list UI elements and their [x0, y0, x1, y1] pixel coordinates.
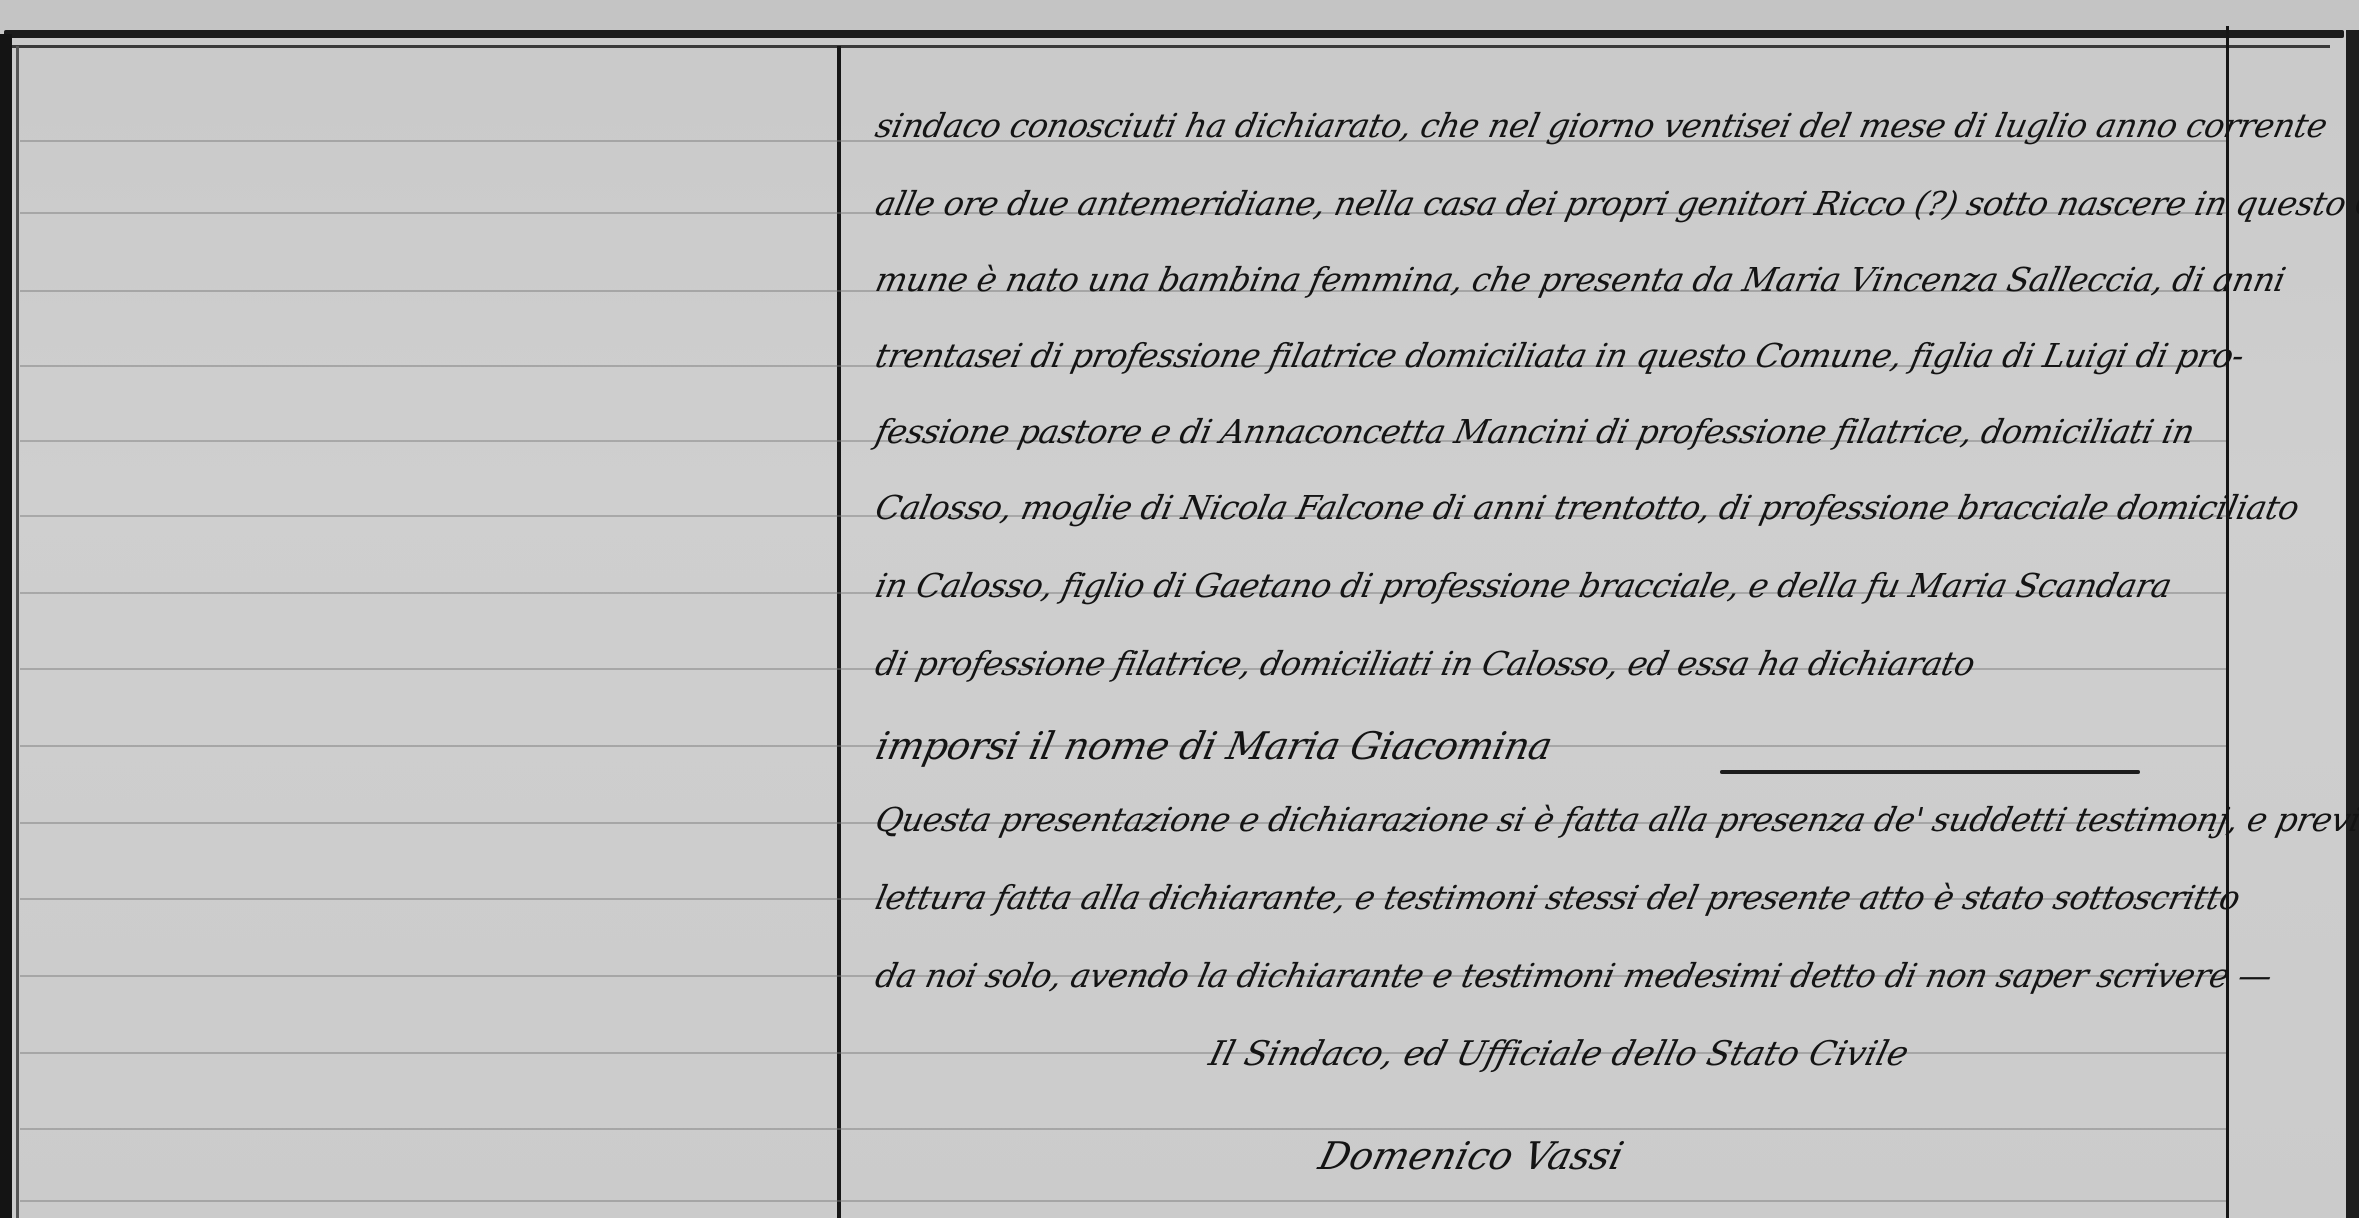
- scan-top-margin: [0, 0, 2359, 30]
- top-border-rule: [4, 30, 2344, 38]
- left-binding-edge: [0, 34, 12, 1218]
- column-divider: [837, 46, 841, 1218]
- entry-line: mune è nato una bambina femmina, che pre…: [872, 260, 2289, 299]
- name-underline: [1720, 770, 2140, 774]
- entry-line: lettura fatta alla dichiarante, e testim…: [872, 878, 2243, 917]
- entry-line: sindaco conosciuti ha dichiarato, che ne…: [872, 106, 2331, 145]
- register-page: sindaco conosciuti ha dichiarato, che ne…: [0, 0, 2359, 1218]
- left-page-blank: [19, 48, 837, 1218]
- entry-line: Calosso, moglie di Nicola Falcone di ann…: [872, 488, 2303, 527]
- birth-record-entry: sindaco conosciuti ha dichiarato, che ne…: [850, 48, 2220, 1218]
- entry-line: alle ore due antemeridiane, nella casa d…: [872, 184, 2359, 223]
- entry-line: in Calosso, figlio di Gaetano di profess…: [872, 566, 2175, 605]
- entry-line: di professione filatrice, domiciliati in…: [872, 644, 1978, 683]
- official-title: Il Sindaco, ed Ufficiale dello Stato Civ…: [1205, 1034, 1913, 1074]
- entry-line: da noi solo, avendo la dichiarante e tes…: [872, 956, 2276, 995]
- entry-line: trentasei di professione filatrice domic…: [872, 336, 2247, 375]
- child-name-line: imporsi il nome di Maria Giacomina: [872, 724, 1556, 768]
- entry-line: fessione pastore e di Annaconcetta Manci…: [872, 412, 2198, 451]
- entry-line: Questa presentazione e dichiarazione si …: [872, 800, 2359, 839]
- mayor-signature: Domenico Vassi: [1315, 1134, 1628, 1178]
